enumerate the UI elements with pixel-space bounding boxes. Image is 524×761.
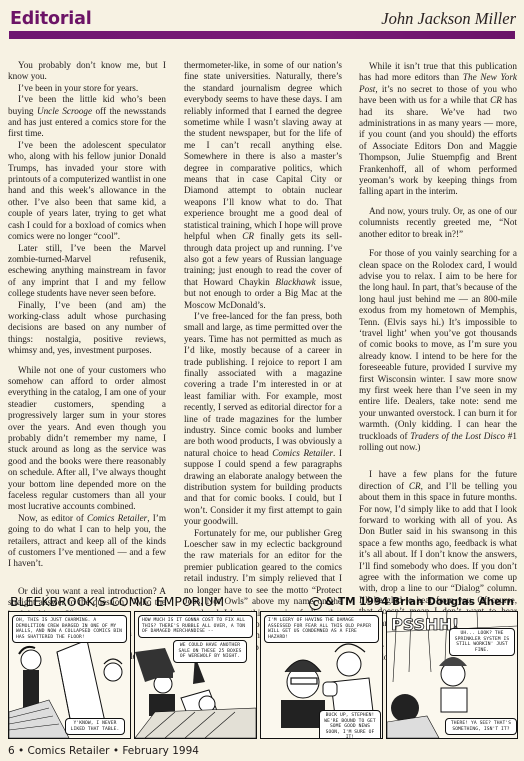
paragraph: You probably don’t know me, but I know y… [8, 60, 166, 83]
comic-credit-text: & TM 1994 Brian Douglas Ahern [325, 596, 514, 608]
title-uncle-scrooge: Uncle Scrooge [37, 106, 92, 116]
speech-bubble: Uh... look? The sprinkler system is stil… [449, 628, 515, 656]
article-column-1: You probably don’t know me, but I know y… [8, 60, 166, 662]
paragraph: Later still, I’ve been the Marvel zombie… [8, 243, 166, 300]
paragraph: I’ve been the little kid who’s been buyi… [8, 94, 166, 140]
page-folio: 6 • Comics Retailer • February 1994 [8, 745, 199, 757]
comic-panel-4: PSSHH! Uh... look? The sprinkler system … [386, 611, 518, 739]
section-title: Editorial [10, 9, 92, 29]
paragraph: While not one of your customers who some… [8, 365, 166, 513]
comic-credit: C& TM 1994 Brian Douglas Ahern [309, 596, 514, 610]
comic-panel-2: How much is it gonna cost to fix all thi… [134, 611, 257, 739]
paragraph: Now, as editor of Comics Retailer, I’m g… [8, 513, 166, 570]
paragraph: And now, yours truly. Or, as one of our … [359, 206, 517, 240]
speech-bubble: We could have another sale on these 25 b… [173, 640, 247, 663]
paragraph: Finally, I’ve been (and am) the working-… [8, 300, 166, 357]
page-header: Editorial John Jackson Miller [0, 0, 524, 32]
paragraph: For those of you vainly searching for a … [359, 248, 517, 453]
comic-title: BLEEKBROOK'S COMIC EMPORIUM [10, 594, 224, 609]
speech-bubble: Buck up, Stephen! We're bound to get som… [319, 710, 381, 739]
speech-bubble: Oh, this is just CHARMING. A demolition … [12, 615, 127, 643]
comic-panel-1: Oh, this is just CHARMING. A demolition … [8, 611, 131, 739]
paragraph: I’ve been in your store for years. [8, 83, 166, 94]
author-byline: John Jackson Miller [381, 9, 516, 29]
header-rule [9, 31, 515, 39]
article-body: You probably don’t know me, but I know y… [0, 40, 524, 592]
copyright-icon: C [309, 597, 322, 610]
speech-bubble: I'm leery of having the damage assessed … [264, 615, 379, 643]
paragraph: I’ve been the adolescent speculator who,… [8, 140, 166, 243]
speech-bubble: There! Ya see? That's something, isn't i… [445, 718, 517, 735]
speech-bubble: How much is it gonna cost to fix all thi… [138, 615, 253, 638]
article-column-2: thermometer-like, in some of our nation’… [184, 60, 342, 653]
title-comics-retailer: Comics Retailer [87, 513, 147, 523]
paragraph: I’ve free-lanced for the fan press, both… [184, 311, 342, 528]
comic-strip: BLEEKBROOK'S COMIC EMPORIUM C& TM 1994 B… [8, 594, 518, 746]
comic-panel-3: I'm leery of having the damage assessed … [260, 611, 383, 739]
comic-panels: Oh, this is just CHARMING. A demolition … [8, 611, 518, 739]
paragraph: thermometer-like, in some of our nation’… [184, 60, 342, 311]
paragraph: While it isn’t true that this publicatio… [359, 61, 517, 198]
speech-bubble: Y'know, I never liked that table. [65, 718, 125, 735]
article-column-3: While it isn’t true that this publicatio… [359, 53, 517, 663]
